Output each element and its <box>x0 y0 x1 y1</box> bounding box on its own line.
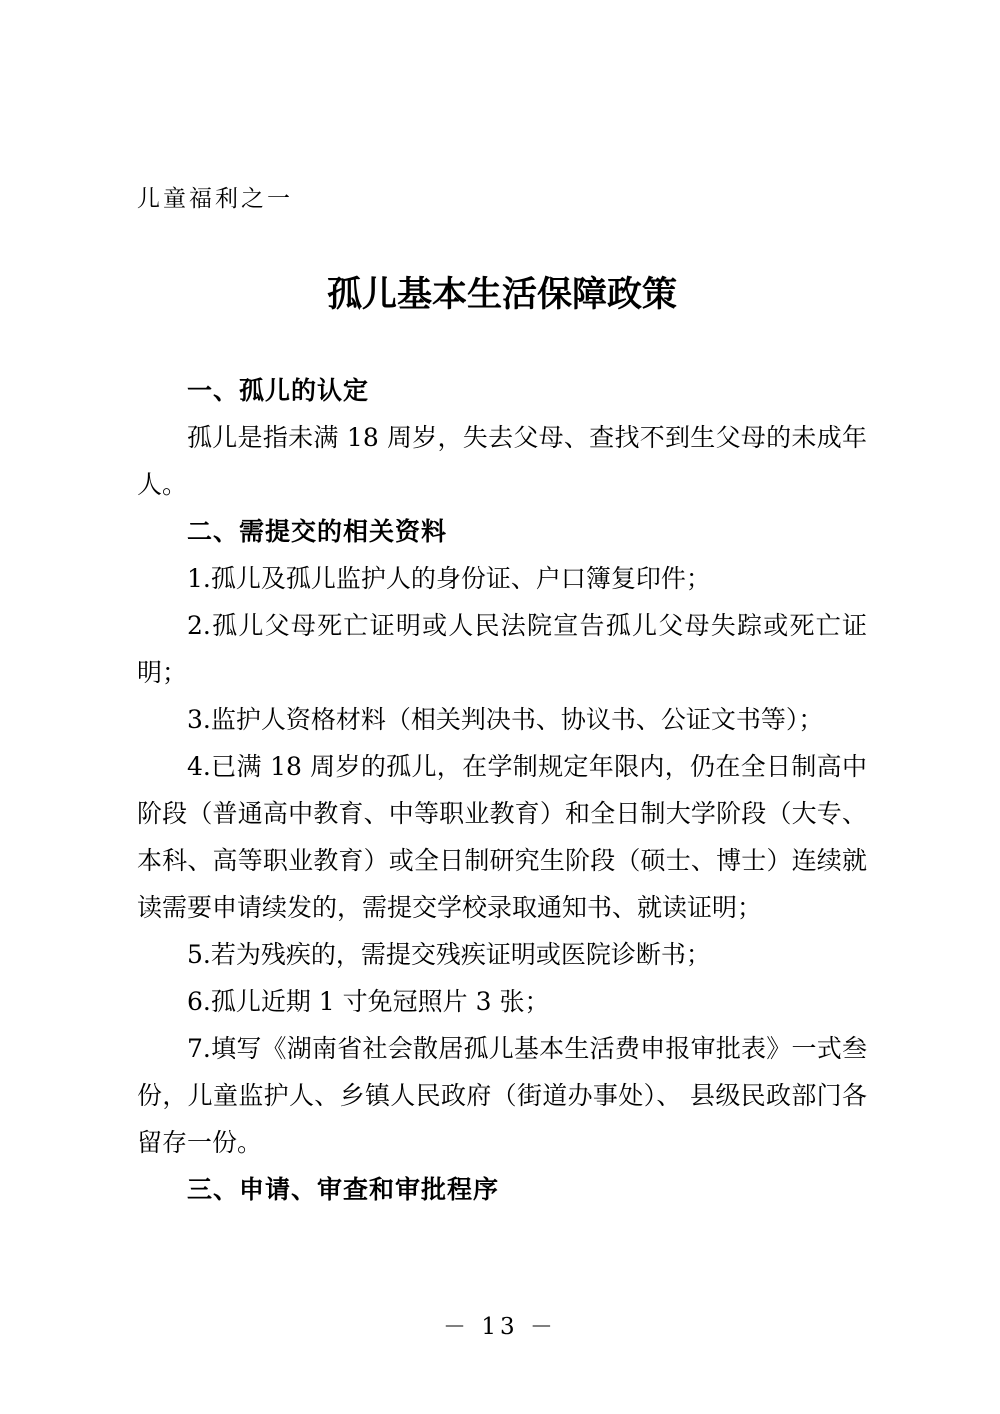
document-page: 儿童福利之一 孤儿基本生活保障政策 一、孤儿的认定 孤儿是指未满 18 周岁，失… <box>0 0 1000 1414</box>
section-heading-orphan-identification: 一、孤儿的认定 <box>137 367 867 414</box>
document-title: 孤儿基本生活保障政策 <box>137 272 867 318</box>
section-heading-required-materials: 二、需提交的相关资料 <box>137 508 867 555</box>
list-item-5-disability-certificate: 5.若为残疾的，需提交残疾证明或医院诊断书； <box>137 931 867 978</box>
document-category-label: 儿童福利之一 <box>137 184 867 214</box>
page-number: － 13 － <box>0 1308 1000 1341</box>
list-item-3-guardian-qualification: 3.监护人资格材料（相关判决书、协议书、公证文书等）； <box>137 696 867 743</box>
list-item-4-over-18-schooling: 4.已满 18 周岁的孤儿，在学制规定年限内，仍在全日制高中阶段（普通高中教育、… <box>137 743 867 931</box>
list-item-7-application-form: 7.填写《湖南省社会散居孤儿基本生活费申报审批表》一式叁份，儿童监护人、乡镇人民… <box>137 1025 867 1166</box>
paragraph-orphan-definition: 孤儿是指未满 18 周岁，失去父母、查找不到生父母的未成年人。 <box>137 414 867 508</box>
list-item-6-photos: 6.孤儿近期 1 寸免冠照片 3 张； <box>137 978 867 1025</box>
list-item-1-id-documents: 1.孤儿及孤儿监护人的身份证、户口簿复印件； <box>137 555 867 602</box>
list-item-2-death-certificate: 2.孤儿父母死亡证明或人民法院宣告孤儿父母失踪或死亡证明； <box>137 602 867 696</box>
section-heading-application-procedure: 三、申请、审查和审批程序 <box>137 1166 867 1213</box>
document-content: 儿童福利之一 孤儿基本生活保障政策 一、孤儿的认定 孤儿是指未满 18 周岁，失… <box>137 0 867 1213</box>
